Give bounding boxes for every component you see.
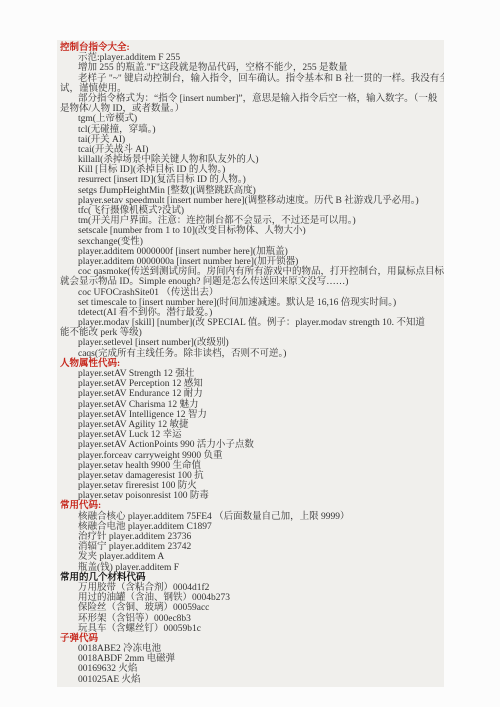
doc-line: 增加 255 的瓶盖."F"这段就是物品代码，空格不能少，255 是数量 (57, 63, 442, 73)
doc-line: killall(杀掉场景中除关键人物和队友外的人) (57, 155, 442, 165)
doc-line: player.setAV Intelligence 12 智力 (57, 410, 442, 420)
doc-line: 用过的油罐（含油、钢铁）0004b273 (57, 593, 442, 603)
doc-line: player.setAV Strength 12 强壮 (57, 369, 442, 379)
doc-line: player.setAV Perception 12 感知 (57, 379, 442, 389)
section-header: 常用代码: (57, 501, 442, 511)
doc-line: tcl(无碰撞，穿墙。) (57, 125, 442, 135)
doc-line: tfc(飞行摄像机模式?没试) (57, 206, 442, 216)
section-header: 子弹代码 (57, 634, 442, 644)
doc-line: coc qasmoke(传送到测试房间。房间内有所有游戏中的物品，打开控制台，用… (57, 267, 442, 277)
doc-line: 消辐宁 player.additem 23742 (57, 542, 442, 552)
doc-line: tgm(上帝模式) (57, 114, 442, 124)
doc-line: player.forceav carryweight 9900 负重 (57, 451, 442, 461)
doc-line: player.setAV ActionPoints 990 活力小子点数 (57, 440, 442, 450)
doc-line: tdetect(AI 看不到你。潜行最爱。) (57, 308, 442, 318)
doc-line: set timescale to [insert number here](时间… (57, 298, 442, 308)
doc-line: 保险丝（含铜、玻璃）00059acc (57, 603, 442, 613)
doc-line: 玩具车（含螺丝钉）00059b1c (57, 624, 442, 634)
doc-line: sexchange(变性) (57, 237, 442, 247)
doc-line: 0018ABE2 冷冻电池 (57, 644, 442, 654)
doc-line: 发夹 player.additem A (57, 552, 442, 562)
section-header: 人物属性代码: (57, 359, 442, 369)
doc-line: 示范:player.additem F 255 (57, 53, 442, 63)
doc-line: 治疗针 player.additem 23736 (57, 532, 442, 542)
doc-line: 0018ABDF 2mm 电磁弹 (57, 654, 442, 664)
doc-line: 00169632 火焰 (57, 664, 442, 674)
doc-line: 核融合电池 player.additem C1897 (57, 522, 442, 532)
doc-line: player.setAV Agility 12 敏捷 (57, 420, 442, 430)
doc-line: 环形架（含铝等）000ec8b3 (57, 614, 442, 624)
doc-line: resurrect [insert ID](复活目标 ID 的人物。) (57, 175, 442, 185)
doc-line: 能不能改 perk 等级) (57, 328, 442, 338)
doc-line: player.setAV Endurance 12 耐力 (57, 389, 442, 399)
doc-line: 部分指令格式为：“指令 [insert number]”，意思是输入指令后空一格… (57, 94, 442, 104)
doc-line: coc UFOCrashSite01 （传送出去） (57, 288, 442, 298)
doc-line: player.setav damageresist 100 抗 (57, 471, 442, 481)
console-commands-document: 控制台指令大全:示范:player.additem F 255增加 255 的瓶… (57, 40, 444, 687)
doc-line: 万用胶带（含粘合剂）0004d1f2 (57, 583, 442, 593)
document-page: 控制台指令大全:示范:player.additem F 255增加 255 的瓶… (0, 0, 500, 707)
doc-line: player.additem 0000000a [insert number h… (57, 257, 442, 267)
doc-line: 试，谨慎使用。 (57, 84, 442, 94)
doc-line: 是物体/人物 ID，或者数量。） (57, 104, 442, 114)
doc-line: tcai(开关战斗 AI) (57, 145, 442, 155)
doc-line: player.setav fireresist 100 防火 (57, 481, 442, 491)
doc-line: 核融合核心 player.additem 75FE4 （后面数量自己加，上限 9… (57, 512, 442, 522)
doc-line: Kill [目标 ID](杀掉目标 ID 的人物。) (57, 165, 442, 175)
doc-line: 就会显示物品 ID。Simple enough? 问题是怎么传送回来原文没写……… (57, 277, 442, 287)
section-header: 控制台指令大全: (57, 43, 442, 53)
doc-line: 001025AE 火焰 (57, 675, 442, 685)
doc-line: player.modav [skill] [number](改 SPECIAL … (57, 318, 442, 328)
doc-line: player.additem 0000000f [insert number h… (57, 247, 442, 257)
doc-line: tai(开关 AI) (57, 135, 442, 145)
doc-line: setscale [number from 1 to 10](改变目标物体、人物… (57, 226, 442, 236)
doc-line: 老样子 "~" 键启动控制台，输入指令，回车确认。指令基本和 B 社一贯的一样。… (57, 74, 442, 84)
doc-line: tm(开关用户界面。注意：连控制台都不会显示，不过还是可以用。) (57, 216, 442, 226)
doc-line: player.setlevel [insert number](改级别) (57, 338, 442, 348)
section-header: 常用的几个材料代码 (57, 573, 442, 583)
doc-line: player.setav health 9900 生命值 (57, 461, 442, 471)
doc-line: player.setAV Luck 12 幸运 (57, 430, 442, 440)
doc-line: caqs(完成所有主线任务。除非读档，否则不可逆。) (57, 349, 442, 359)
doc-line: player.setAV Charisma 12 魅力 (57, 400, 442, 410)
doc-line: setgs fJumpHeightMin [整数](调整跳跃高度) (57, 186, 442, 196)
doc-line: 瓶盖(钱) player.additem F (57, 563, 442, 573)
doc-line: player.setav poisonresist 100 防毒 (57, 491, 442, 501)
doc-line: player.setav speedmult [insert number he… (57, 196, 442, 206)
